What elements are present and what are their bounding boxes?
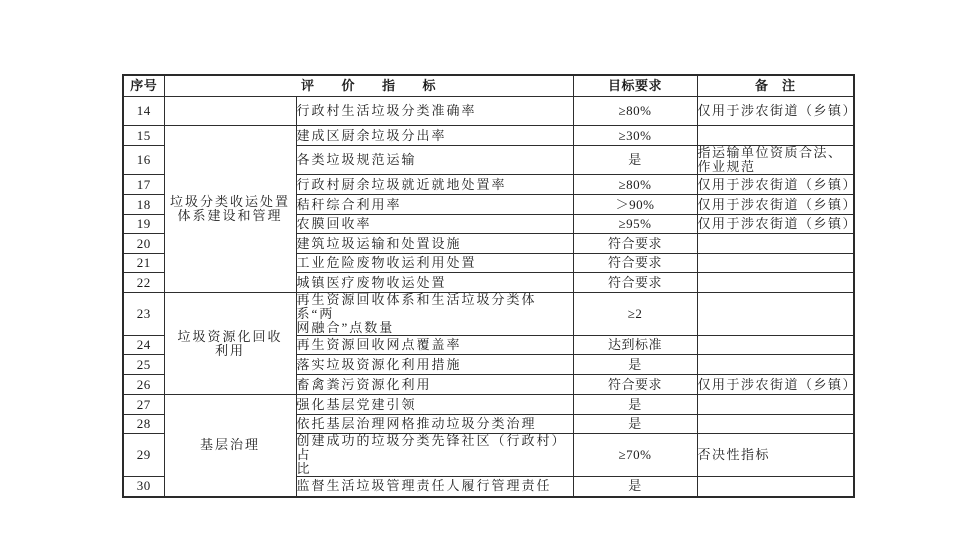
target-cell: 符合要求	[573, 234, 697, 254]
row-number: 27	[123, 395, 164, 415]
remark-cell: 仅用于涉农街道（乡镇）	[697, 97, 854, 126]
remark-cell	[697, 336, 854, 355]
target-cell: ≥95%	[573, 215, 697, 234]
table-row: 23 垃圾资源化回收 利用 再生资源回收体系和生活垃圾分类体系“两 网融合”点数…	[123, 293, 854, 336]
row-number: 16	[123, 146, 164, 175]
target-cell: 符合要求	[573, 254, 697, 273]
evaluation-table: 序号 评 价 指 标 目标要求 备 注 14 行政村生活垃圾分类准确率 ≥80%…	[122, 74, 855, 498]
row-number: 15	[123, 126, 164, 146]
remark-cell: 指运输单位资质合法、 作业规范	[697, 146, 854, 175]
indicator-cell: 秸秆综合利用率	[296, 195, 573, 215]
row-number: 21	[123, 254, 164, 273]
remark-cell	[697, 234, 854, 254]
indicator-cell: 各类垃圾规范运输	[296, 146, 573, 175]
remark-cell: 仅用于涉农街道（乡镇）	[697, 375, 854, 395]
row-number: 22	[123, 273, 164, 293]
indicator-cell: 建筑垃圾运输和处置设施	[296, 234, 573, 254]
row-number: 14	[123, 97, 164, 126]
remark-cell	[697, 355, 854, 375]
target-cell: 是	[573, 415, 697, 434]
target-cell: 达到标准	[573, 336, 697, 355]
remark-cell	[697, 415, 854, 434]
target-cell: 符合要求	[573, 375, 697, 395]
indicator-cell: 强化基层党建引领	[296, 395, 573, 415]
remark-cell	[697, 293, 854, 336]
remark-cell	[697, 254, 854, 273]
target-cell: ≥70%	[573, 434, 697, 477]
indicator-cell: 创建成功的垃圾分类先锋社区（行政村）占 比	[296, 434, 573, 477]
target-cell: ＞90%	[573, 195, 697, 215]
row-number: 26	[123, 375, 164, 395]
remark-cell: 否决性指标	[697, 434, 854, 477]
header-no: 序号	[123, 75, 164, 97]
document-page: 序号 评 价 指 标 目标要求 备 注 14 行政村生活垃圾分类准确率 ≥80%…	[0, 0, 977, 552]
row-number: 23	[123, 293, 164, 336]
indicator-cell: 城镇医疗废物收运处置	[296, 273, 573, 293]
group-cell-resource-recycling: 垃圾资源化回收 利用	[164, 293, 296, 395]
group-cell-collection-system: 垃圾分类收运处置 体系建设和管理	[164, 126, 296, 293]
target-cell: 是	[573, 355, 697, 375]
indicator-cell: 再生资源回收网点覆盖率	[296, 336, 573, 355]
row-number: 18	[123, 195, 164, 215]
row-number: 24	[123, 336, 164, 355]
target-cell: 是	[573, 395, 697, 415]
header-target: 目标要求	[573, 75, 697, 97]
row-number: 20	[123, 234, 164, 254]
target-cell: 符合要求	[573, 273, 697, 293]
evaluation-table-container: 序号 评 价 指 标 目标要求 备 注 14 行政村生活垃圾分类准确率 ≥80%…	[122, 74, 855, 498]
row-number: 30	[123, 477, 164, 497]
target-cell: 是	[573, 477, 697, 497]
remark-cell: 仅用于涉农街道（乡镇）	[697, 195, 854, 215]
indicator-cell: 行政村生活垃圾分类准确率	[296, 97, 573, 126]
row-number: 17	[123, 175, 164, 195]
remark-cell: 仅用于涉农街道（乡镇）	[697, 175, 854, 195]
remark-cell	[697, 395, 854, 415]
remark-cell: 仅用于涉农街道（乡镇）	[697, 215, 854, 234]
row-number: 19	[123, 215, 164, 234]
remark-cell	[697, 477, 854, 497]
indicator-cell: 农膜回收率	[296, 215, 573, 234]
target-cell: ≥80%	[573, 175, 697, 195]
table-row: 27 基层治理 强化基层党建引领 是	[123, 395, 854, 415]
header-row: 序号 评 价 指 标 目标要求 备 注	[123, 75, 854, 97]
row-number: 28	[123, 415, 164, 434]
row-number: 25	[123, 355, 164, 375]
indicator-cell: 再生资源回收体系和生活垃圾分类体系“两 网融合”点数量	[296, 293, 573, 336]
target-cell: ≥30%	[573, 126, 697, 146]
remark-cell	[697, 126, 854, 146]
target-cell: ≥2	[573, 293, 697, 336]
indicator-cell: 畜禽粪污资源化利用	[296, 375, 573, 395]
group-cell-empty	[164, 97, 296, 126]
indicator-cell: 行政村厨余垃圾就近就地处置率	[296, 175, 573, 195]
row-number: 29	[123, 434, 164, 477]
target-cell: 是	[573, 146, 697, 175]
table-row: 15 垃圾分类收运处置 体系建设和管理 建成区厨余垃圾分出率 ≥30%	[123, 126, 854, 146]
indicator-cell: 依托基层治理网格推动垃圾分类治理	[296, 415, 573, 434]
header-remark: 备 注	[697, 75, 854, 97]
target-cell: ≥80%	[573, 97, 697, 126]
table-row: 14 行政村生活垃圾分类准确率 ≥80% 仅用于涉农街道（乡镇）	[123, 97, 854, 126]
indicator-cell: 监督生活垃圾管理责任人履行管理责任	[296, 477, 573, 497]
group-cell-grassroots-governance: 基层治理	[164, 395, 296, 497]
indicator-cell: 工业危险废物收运利用处置	[296, 254, 573, 273]
indicator-cell: 建成区厨余垃圾分出率	[296, 126, 573, 146]
remark-cell	[697, 273, 854, 293]
indicator-cell: 落实垃圾资源化利用措施	[296, 355, 573, 375]
header-indicator: 评 价 指 标	[164, 75, 573, 97]
